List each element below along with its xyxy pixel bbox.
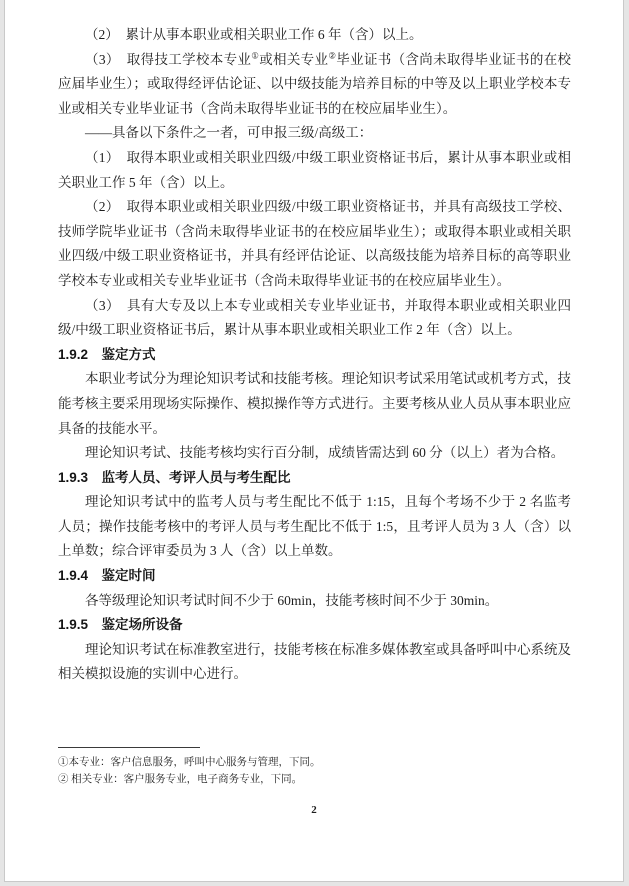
footnote-1: ①本专业：客户信息服务，呼叫中心服务与管理，下同。 bbox=[58, 754, 538, 771]
footnote-area: ①本专业：客户信息服务，呼叫中心服务与管理，下同。 ② 相关专业：客户服务专业，… bbox=[58, 747, 538, 788]
footnote-2: ② 相关专业：客户服务专业，电子商务专业，下同。 bbox=[58, 771, 538, 788]
heading-1-9-3-proctor-ratio: 1.9.3 监考人员、考评人员与考生配比 bbox=[58, 466, 571, 491]
para-text: 或相关专业 bbox=[259, 52, 328, 67]
heading-1-9-2-assessment-method: 1.9.2 鉴定方式 bbox=[58, 343, 571, 368]
heading-1-9-4-assessment-time: 1.9.4 鉴定时间 bbox=[58, 564, 571, 589]
para-assessment-method-1: 本职业考试分为理论知识考试和技能考核。理论知识考试采用笔试或机考方式，技能考核主… bbox=[58, 367, 571, 441]
para-assessment-time: 各等级理论知识考试时间不少于 60min，技能考核时间不少于 30min。 bbox=[58, 589, 571, 614]
para-proctor-ratio: 理论知识考试中的监考人员与考生配比不低于 1:15，且每个考场不少于 2 名监考… bbox=[58, 490, 571, 564]
para-assessment-method-2: 理论知识考试、技能考核均实行百分制，成绩皆需达到 60 分（以上）者为合格。 bbox=[58, 441, 571, 466]
para-tech-school-cert: （3） 取得技工学校本专业①或相关专业②毕业证书（含尚未取得毕业证书的在校应届毕… bbox=[58, 48, 571, 122]
para-text: （3） 取得技工学校本专业 bbox=[85, 52, 251, 67]
para-level3-conditions-intro: ——具备以下条件之一者，可申报三级/高级工： bbox=[58, 121, 571, 146]
page-number: 2 bbox=[5, 804, 623, 816]
document-page: （2） 累计从事本职业或相关职业工作 6 年（含）以上。 （3） 取得技工学校本… bbox=[4, 0, 624, 882]
para-level3-item-3: （3） 具有大专及以上本专业或相关专业毕业证书，并取得本职业或相关职业四级/中级… bbox=[58, 294, 571, 343]
footnote-divider bbox=[58, 747, 200, 748]
document-body: （2） 累计从事本职业或相关职业工作 6 年（含）以上。 （3） 取得技工学校本… bbox=[58, 23, 571, 687]
para-accumulate-6-years: （2） 累计从事本职业或相关职业工作 6 年（含）以上。 bbox=[58, 23, 571, 48]
heading-1-9-5-venue-equipment: 1.9.5 鉴定场所设备 bbox=[58, 613, 571, 638]
para-level3-item-1: （1） 取得本职业或相关职业四级/中级工职业资格证书后，累计从事本职业或相关职业… bbox=[58, 146, 571, 195]
para-venue-equipment: 理论知识考试在标准教室进行，技能考核在标准多媒体教室或具备呼叫中心系统及相关模拟… bbox=[58, 638, 571, 687]
footnote-ref-1: ① bbox=[251, 50, 259, 60]
para-level3-item-2: （2） 取得本职业或相关职业四级/中级工职业资格证书，并具有高级技工学校、技师学… bbox=[58, 195, 571, 293]
